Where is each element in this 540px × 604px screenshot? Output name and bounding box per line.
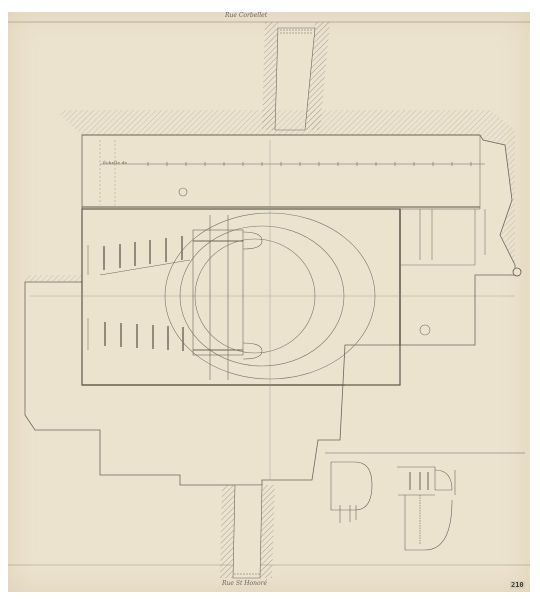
corner-column-circle <box>513 268 521 276</box>
top-street-label: Rue Corbellet <box>225 12 267 19</box>
detail-sketches <box>325 453 525 550</box>
bottom-passage <box>220 485 275 578</box>
folio-number: 210 <box>510 581 525 589</box>
scale-bar-label: Échelle de <box>103 160 127 165</box>
bottom-street-label: Rue St Honoré <box>222 580 267 587</box>
floor-plan-drawing <box>0 0 540 604</box>
